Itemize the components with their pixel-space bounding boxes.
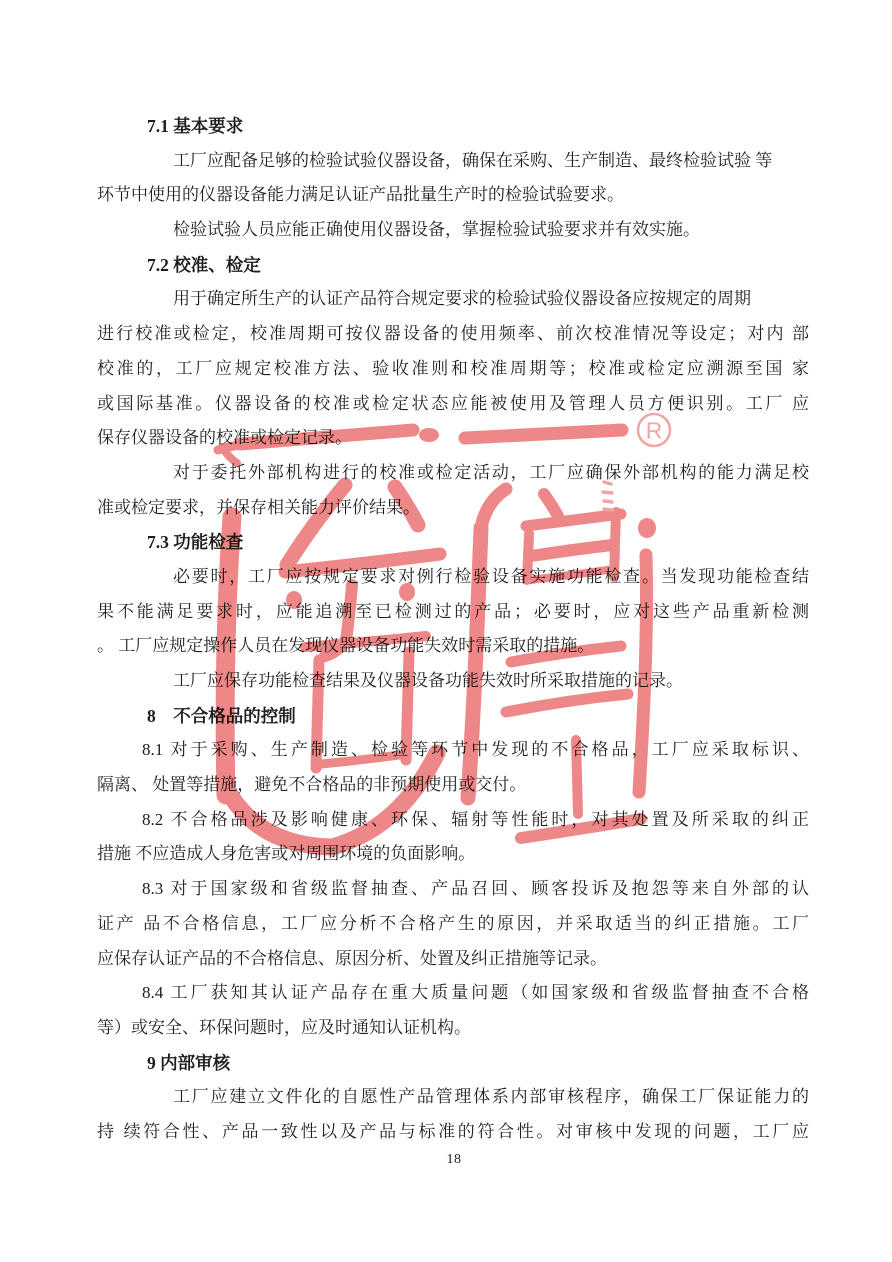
svg-text:R: R xyxy=(646,418,663,444)
text-line: 8.4 工厂获知其认证产品存在重大质量问题（如国家级和省级监督抽查不合格 xyxy=(97,976,809,1011)
text-line: 工厂应建立文件化的自愿性产品管理体系内部审核程序，确保工厂保证能力的 xyxy=(97,1080,809,1115)
text-line: 8.3 对于国家级和省级监督抽查、产品召回、顾客投诉及抱怨等来自外部的认 xyxy=(97,872,809,907)
text-line: 工厂应配备足够的检验试验仪器设备，确保在采购、生产制造、最终检验试验 等 xyxy=(97,144,809,179)
document-page: 7.1 基本要求工厂应配备足够的检验试验仪器设备，确保在采购、生产制造、最终检验… xyxy=(0,0,892,1262)
text-line: 证产 品不合格信息，工厂应分析不合格产生的原因，并采取适当的纠正措施。工厂 xyxy=(97,907,809,942)
text-line: 应保存认证产品的不合格信息、原因分析、处置及纠正措施等记录。 xyxy=(97,942,809,977)
registered-trademark-icon: R xyxy=(638,414,670,446)
text-line: 持 续符合性、产品一致性以及产品与标准的符合性。对审核中发现的问题，工厂应 xyxy=(97,1115,809,1150)
page-number: 18 xyxy=(0,1152,892,1168)
watermark-stamp: R xyxy=(180,400,690,870)
text-line: 等）或安全、环保问题时，应及时通知认证机构。 xyxy=(97,1011,809,1046)
calligraphy-strokes xyxy=(218,428,656,847)
text-line: 7.2 校准、检定 xyxy=(97,248,809,283)
calligrapher-seal xyxy=(603,482,612,510)
text-line: 9 内部审核 xyxy=(97,1046,809,1081)
text-line: 进行校准或检定，校准周期可按仪器设备的使用频率、前次校准情况等设定；对内 部 xyxy=(97,317,809,352)
text-line: 7.1 基本要求 xyxy=(97,109,809,144)
text-line: 用于确定所生产的认证产品符合规定要求的检验试验仪器设备应按规定的周期 xyxy=(97,282,809,317)
text-line: 校准的，工厂应规定校准方法、验收准则和校准周期等；校准或检定应溯源至国 家 xyxy=(97,352,809,387)
text-line: 检验试验人员应能正确使用仪器设备，掌握检验试验要求并有效实施。 xyxy=(97,213,809,248)
text-line: 环节中使用的仪器设备能力满足认证产品批量生产时的检验试验要求。 xyxy=(97,178,809,213)
